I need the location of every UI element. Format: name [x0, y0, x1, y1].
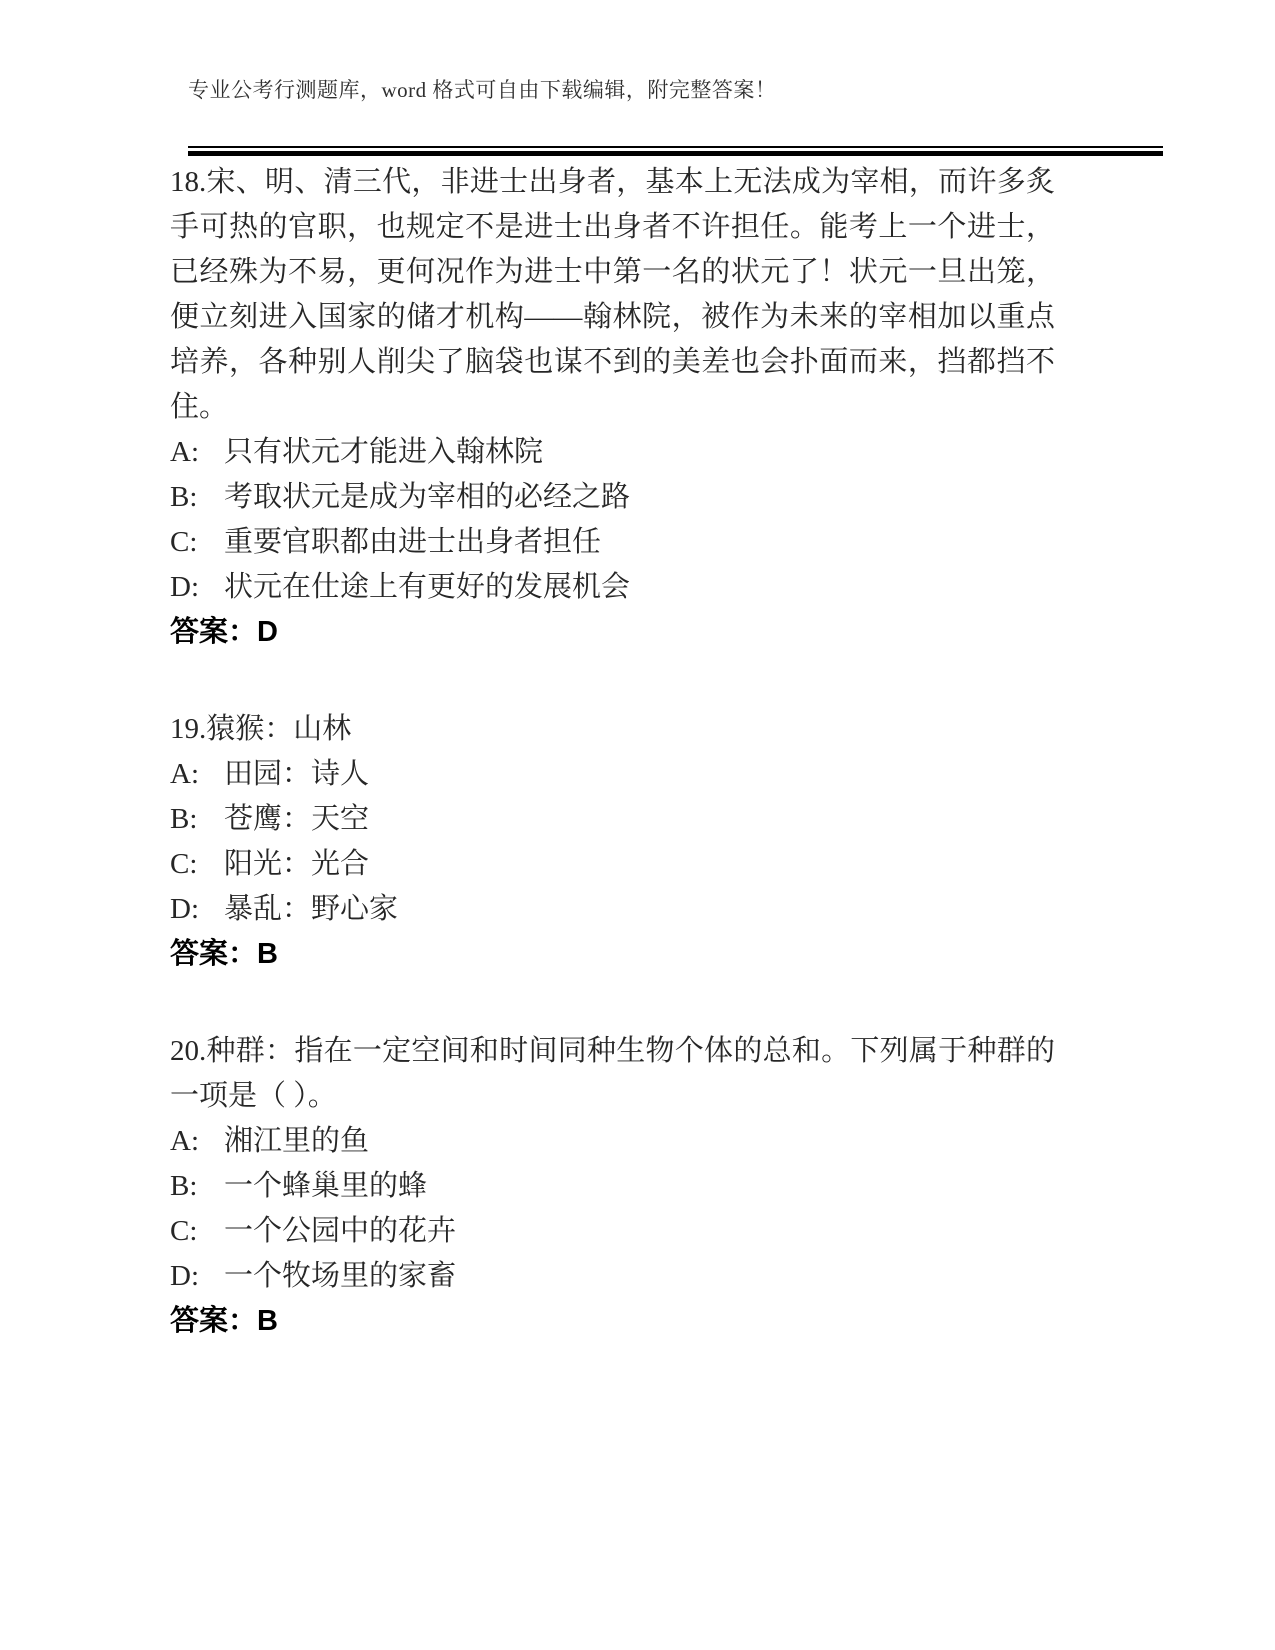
- answer-line: 答案：D: [170, 610, 1055, 655]
- option-text: 暴乱：野心家: [224, 893, 398, 925]
- option-label: D:: [170, 1254, 224, 1299]
- option-a: A:湘江里的鱼: [170, 1119, 1055, 1164]
- question-18: 18.宋、明、清三代，非进士出身者，基本上无法成为宰相，而许多炙手可热的官职，也…: [170, 160, 1055, 655]
- option-text: 苍鹰：天空: [224, 803, 369, 835]
- question-number: 19.: [170, 713, 206, 745]
- question-stem: 18.宋、明、清三代，非进士出身者，基本上无法成为宰相，而许多炙手可热的官职，也…: [170, 160, 1055, 430]
- option-text: 重要官职都由进士出身者担任: [224, 526, 601, 558]
- option-text: 田园：诗人: [224, 758, 369, 790]
- question-text: 种群：指在一定空间和时间同种生物个体的总和。下列属于种群的一项是（ ）。: [170, 1035, 1055, 1112]
- page-header: 专业公考行测题库，word 格式可自由下载编辑，附完整答案！: [188, 76, 1163, 104]
- option-d: D:暴乱：野心家: [170, 887, 1055, 932]
- option-label: A:: [170, 752, 224, 797]
- option-c: C:一个公园中的花卉: [170, 1209, 1055, 1254]
- option-d: D:状元在仕途上有更好的发展机会: [170, 565, 1055, 610]
- option-label: B:: [170, 1164, 224, 1209]
- header-divider-rule: [188, 146, 1163, 156]
- question-text: 猿猴：山林: [206, 713, 351, 745]
- answer-value: D: [257, 616, 278, 648]
- option-text: 阳光：光合: [224, 848, 369, 880]
- option-text: 一个公园中的花卉: [224, 1215, 456, 1247]
- option-label: C:: [170, 520, 224, 565]
- answer-value: B: [257, 1305, 278, 1337]
- answer-line: 答案：B: [170, 932, 1055, 977]
- answer-label: 答案：: [170, 616, 257, 648]
- option-label: A:: [170, 430, 224, 475]
- option-c: C:重要官职都由进士出身者担任: [170, 520, 1055, 565]
- question-20: 20.种群：指在一定空间和时间同种生物个体的总和。下列属于种群的一项是（ ）。 …: [170, 1029, 1055, 1344]
- option-label: D:: [170, 887, 224, 932]
- question-number: 18.: [170, 166, 206, 198]
- answer-line: 答案：B: [170, 1299, 1055, 1344]
- option-label: B:: [170, 797, 224, 842]
- option-d: D:一个牧场里的家畜: [170, 1254, 1055, 1299]
- option-text: 状元在仕途上有更好的发展机会: [224, 571, 630, 603]
- question-19: 19.猿猴：山林 A:田园：诗人 B:苍鹰：天空 C:阳光：光合 D:暴乱：野心…: [170, 707, 1055, 977]
- document-page: 专业公考行测题库，word 格式可自由下载编辑，附完整答案！ 18.宋、明、清三…: [0, 0, 1275, 1650]
- question-number: 20.: [170, 1035, 206, 1067]
- answer-label: 答案：: [170, 938, 257, 970]
- question-list: 18.宋、明、清三代，非进士出身者，基本上无法成为宰相，而许多炙手可热的官职，也…: [170, 160, 1055, 1344]
- option-label: D:: [170, 565, 224, 610]
- question-stem: 19.猿猴：山林: [170, 707, 1055, 752]
- question-text: 宋、明、清三代，非进士出身者，基本上无法成为宰相，而许多炙手可热的官职，也规定不…: [170, 166, 1055, 423]
- option-label: B:: [170, 475, 224, 520]
- option-a: A:只有状元才能进入翰林院: [170, 430, 1055, 475]
- answer-label: 答案：: [170, 1305, 257, 1337]
- option-label: C:: [170, 842, 224, 887]
- option-text: 只有状元才能进入翰林院: [224, 436, 543, 468]
- option-b: B:苍鹰：天空: [170, 797, 1055, 842]
- option-text: 一个蜂巢里的蜂: [224, 1170, 427, 1202]
- option-label: C:: [170, 1209, 224, 1254]
- question-stem: 20.种群：指在一定空间和时间同种生物个体的总和。下列属于种群的一项是（ ）。: [170, 1029, 1055, 1119]
- option-b: B:一个蜂巢里的蜂: [170, 1164, 1055, 1209]
- answer-value: B: [257, 938, 278, 970]
- header-title: 专业公考行测题库，word 格式可自由下载编辑，附完整答案！: [188, 76, 1163, 104]
- option-b: B:考取状元是成为宰相的必经之路: [170, 475, 1055, 520]
- option-text: 一个牧场里的家畜: [224, 1260, 456, 1292]
- option-a: A:田园：诗人: [170, 752, 1055, 797]
- option-text: 考取状元是成为宰相的必经之路: [224, 481, 630, 513]
- option-label: A:: [170, 1119, 224, 1164]
- option-text: 湘江里的鱼: [224, 1125, 369, 1157]
- option-c: C:阳光：光合: [170, 842, 1055, 887]
